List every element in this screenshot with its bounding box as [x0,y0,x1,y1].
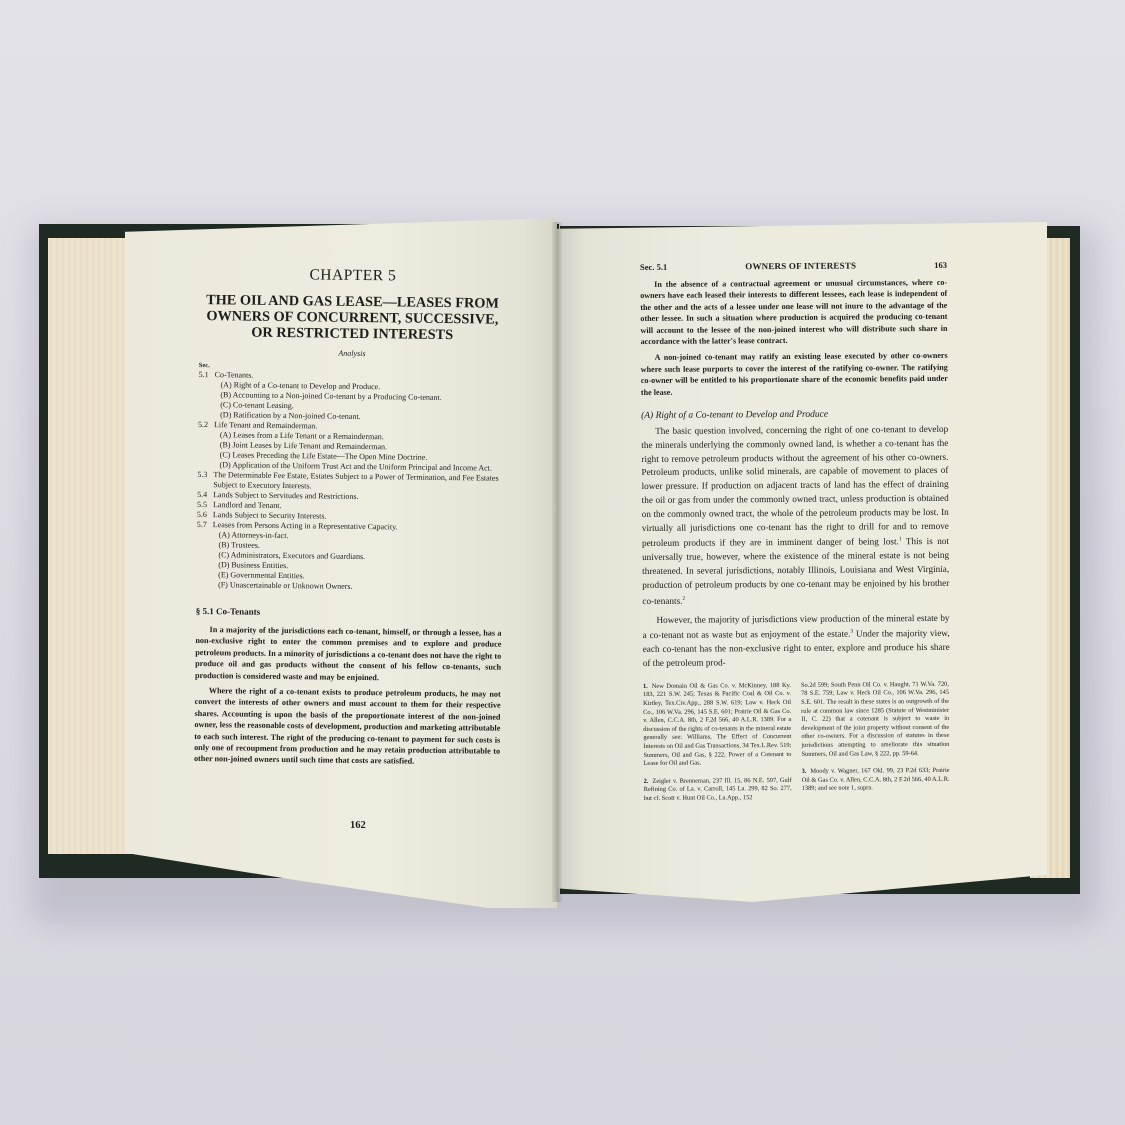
chapter-number: CHAPTER 5 [200,265,506,287]
toc-entry-number: 5.1 [199,370,215,380]
page-number-right: 163 [934,260,947,270]
body-paragraph: The basic question involved, concerning … [641,423,949,609]
left-page-content: CHAPTER 5 THE OIL AND GAS LEASE—LEASES F… [194,265,506,773]
chapter-title: THE OIL AND GAS LEASE—LEASES FROM OWNERS… [199,292,506,344]
running-head-section: Sec. 5.1 [640,262,667,272]
running-head-title: OWNERS OF INTERESTS [745,260,856,271]
toc-entry-number: 5.6 [197,510,213,520]
book-gutter [552,222,562,902]
running-head: Sec. 5.1 OWNERS OF INTERESTS 163 [640,260,947,272]
footnote: 3.Moody v. Wagner, 167 Okl. 99, 23 P.2d … [802,767,950,794]
analysis-label: Analysis [199,347,505,360]
body-paragraph: In a majority of the jurisdictions each … [195,624,502,685]
footnote: 1.New Domain Oil & Gas Co. v. McKinney, … [643,682,792,769]
footnotes: 1.New Domain Oil & Gas Co. v. McKinney, … [643,681,951,813]
table-of-contents: 5.1Co-Tenants.(A) Right of a Co-tenant t… [196,370,505,594]
toc-entry-number: 5.4 [197,490,213,500]
section-heading: § 5.1 Co-Tenants [196,606,502,620]
footnote-column-left: 1.New Domain Oil & Gas Co. v. McKinney, … [643,682,792,813]
right-page-content: Sec. 5.1 OWNERS OF INTERESTS 163 In the … [640,260,951,813]
summary-paragraph: In the absence of a contractual agreemen… [640,277,947,348]
toc-entry-number: 5.3 [197,470,213,490]
page-edges-left [48,238,138,854]
subsection-heading: (A) Right of a Co-tenant to Develop and … [641,409,948,421]
body-paragraph: Where the right of a co-tenant exists to… [194,685,501,769]
footnote-ref: 2 [682,595,685,601]
footnote-column-right: So.2d 599; South Penn Oil Co. v. Haught,… [801,681,950,812]
page-number-left: 162 [350,820,366,831]
toc-entry-title: Co-Tenants. [215,370,254,380]
toc-entry-number: 5.5 [197,500,213,510]
footnote: So.2d 599; South Penn Oil Co. v. Haught,… [801,681,950,759]
summary-paragraph: A non-joined co-tenant may ratify an exi… [641,350,948,398]
toc-entry-number: 5.7 [197,520,213,530]
toc-entry-number: 5.2 [198,420,214,430]
footnote: 2.Zeigler v. Brenneman, 237 Ill. 15, 86 … [644,777,792,804]
body-paragraph: However, the majority of jurisdictions v… [642,611,949,670]
